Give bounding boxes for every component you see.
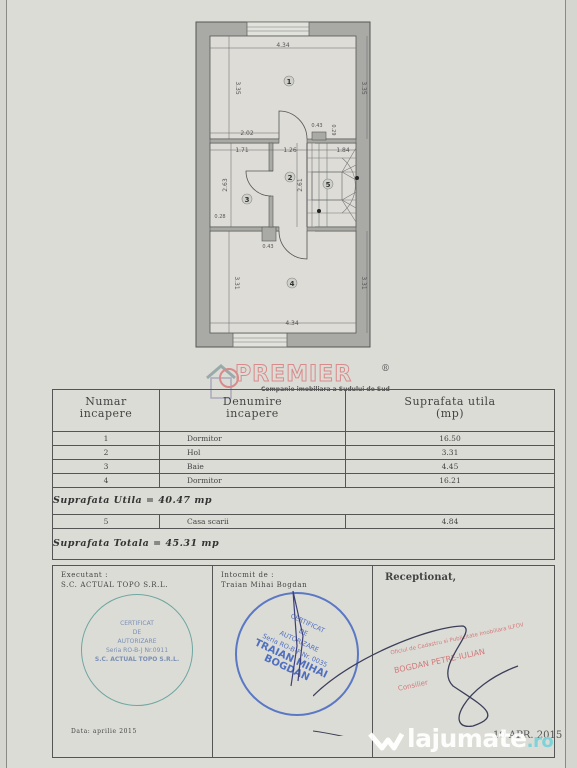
dim-bath-width: 1.71 [235,147,249,154]
dim-small-bottom: 0.43 [262,244,273,250]
dim-top-width: 4.34 [276,42,290,49]
room-marker-4: 4 [290,280,295,288]
dim-top-right-height: 3.35 [360,81,367,95]
signature-section: Executant : S.C. ACTUAL TOPO S.R.L. CERT… [52,565,555,758]
dim-small-left: 0.28 [214,214,225,220]
room-marker-1: 1 [287,78,292,86]
table-row: 1 Dormitor 16.50 [53,432,554,446]
grand-area-total: Suprafata Totala = 45.31 mp [53,529,554,559]
room-marker-2: 2 [288,174,293,182]
table-header: Numarincapere Denumireincapere Suprafata… [53,390,554,432]
dim-stair-height: 2.61 [297,178,304,192]
lajumate-logo-icon [368,726,404,752]
document-page: 4.34 3.35 3.35 2.02 0.43 0.29 1.71 1.26 … [6,0,566,768]
dim-mid-left-width: 2.02 [240,130,254,137]
executant-name: S.C. ACTUAL TOPO S.R.L. [61,581,168,589]
header-number: Numarincapere [53,390,160,431]
intocmit-box: Intocmit de : Traian Mihai Bogdan CERTIF… [213,566,373,757]
intocmit-name: Traian Mihai Bogdan [221,581,307,589]
receptionat-stamp: Oficiul de Cadastru si Publicitate Imobi… [390,622,532,692]
dim-bottom-left-height: 3.31 [233,276,240,290]
intocmit-stamp: CERTIFICAT DE AUTORIZARE Seria RO-B-F Nr… [235,592,359,716]
table-row: 3 Baie 4.45 [53,460,554,474]
receptionat-label: Receptionat, [385,572,456,583]
dim-hall-width: 1.26 [283,147,297,154]
room-marker-5: 5 [326,181,331,189]
dim-notch-height: 0.29 [330,124,336,135]
receptionat-date: 10 APR. 2015 [493,730,562,741]
table-row: 5 Casa scarii 4.84 [53,515,554,529]
executant-label: Executant : [61,571,108,579]
table-row: 4 Dormitor 16.21 [53,474,554,488]
useful-area-total: Suprafata Utila = 40.47 mp [53,488,554,515]
executant-box: Executant : S.C. ACTUAL TOPO S.R.L. CERT… [53,566,213,757]
registered-mark: ® [381,364,390,374]
dim-bath-height: 2.63 [222,178,229,192]
room-marker-3: 3 [245,196,250,204]
signature-mark [263,586,323,696]
room-area-table: Numarincapere Denumireincapere Suprafata… [52,389,555,560]
intocmit-label: Intocmit de : [221,571,274,579]
logo-text: PREMIER [235,362,352,387]
dim-bottom-width: 4.34 [285,320,299,327]
header-name: Denumireincapere [160,390,346,431]
dim-top-left-height: 3.35 [234,81,241,95]
executant-stamp: CERTIFICAT DE AUTORIZARE Seria RO-B-J Nr… [81,594,193,706]
dim-bottom-right-height: 3.31 [360,276,367,290]
dim-notch-width: 0.43 [311,123,322,129]
dim-stair-width: 1.84 [336,147,350,154]
floor-plan: 4.34 3.35 3.35 2.02 0.43 0.29 1.71 1.26 … [7,0,567,360]
date-text: Data: aprilie 2015 [71,728,137,735]
header-area: Suprafata utila(mp) [346,390,554,431]
table-row: 2 Hol 3.31 [53,446,554,460]
